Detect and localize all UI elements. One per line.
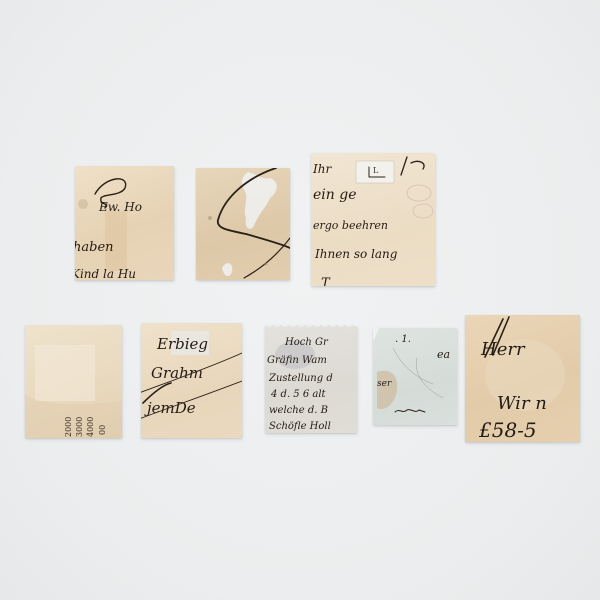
printed-number: 3000 bbox=[75, 417, 84, 437]
script-line: ergo beehren bbox=[313, 219, 388, 232]
script-line: Schöfle Holl bbox=[269, 421, 331, 432]
printed-number: 2000 bbox=[64, 417, 73, 437]
handwriting-fragment-2 bbox=[196, 168, 290, 280]
handwriting-fragment-6: Hoch Gr Gräfin Wam Zustellung d 4 d. 5 6… bbox=[265, 325, 357, 433]
script-line: ein ge bbox=[313, 187, 356, 203]
paper-fragment-8: Herr Wir n £58-5 bbox=[465, 315, 580, 442]
script-line: ser bbox=[377, 379, 392, 389]
script-line: Kind la Hu bbox=[75, 267, 136, 280]
script-line: Ihnen so lang bbox=[314, 247, 398, 261]
label-text: L bbox=[373, 166, 379, 175]
script-line: 4 d. 5 6 alt bbox=[270, 389, 327, 400]
printed-number: 00 bbox=[98, 425, 107, 435]
paper-fragment-5: Erbieg Grahm jemDe bbox=[141, 323, 242, 438]
paper-fragment-1: Ew. Ho haben Kind la Hu bbox=[75, 166, 174, 280]
handwriting-fragment-7: . 1. ea ser bbox=[373, 328, 457, 425]
handwriting-fragment-5: Erbieg Grahm jemDe bbox=[141, 323, 242, 438]
script-line: Zustellung d bbox=[268, 373, 333, 384]
script-line: haben bbox=[75, 240, 114, 255]
script-line: Hoch Gr bbox=[284, 337, 329, 348]
paper-fragment-4: 2000 3000 4000 00 bbox=[25, 325, 122, 438]
script-line: ea bbox=[437, 348, 450, 361]
script-line: Wir n bbox=[497, 393, 547, 414]
script-line: £58-5 bbox=[478, 418, 537, 442]
script-line: Gräfin Wam bbox=[267, 355, 327, 366]
handwriting-fragment-8: Herr Wir n £58-5 bbox=[465, 315, 580, 442]
printed-number: 4000 bbox=[86, 417, 95, 437]
paper-fragment-3: L Ihr ein ge ergo beehren Ihnen so lang … bbox=[311, 153, 435, 286]
printed-fragment-4: 2000 3000 4000 00 bbox=[25, 325, 122, 438]
handwriting-fragment-1: Ew. Ho haben Kind la Hu bbox=[75, 166, 174, 280]
script-line: . 1. bbox=[395, 334, 411, 345]
script-line: Herr bbox=[480, 339, 526, 360]
script-line: Ew. Ho bbox=[98, 200, 142, 214]
script-line: Erbieg bbox=[156, 335, 208, 353]
photo-background: Ew. Ho haben Kind la Hu L Ihr ein ge erg… bbox=[0, 0, 600, 600]
script-line: welche d. B bbox=[269, 405, 328, 416]
script-line: Ihr bbox=[312, 162, 332, 176]
paper-fragment-6: Hoch Gr Gräfin Wam Zustellung d 4 d. 5 6… bbox=[265, 325, 357, 433]
script-line: T bbox=[321, 276, 331, 286]
paper-fragment-2 bbox=[196, 168, 290, 280]
paper-fragment-7: . 1. ea ser bbox=[373, 328, 457, 425]
handwriting-fragment-3: L Ihr ein ge ergo beehren Ihnen so lang … bbox=[311, 153, 435, 286]
